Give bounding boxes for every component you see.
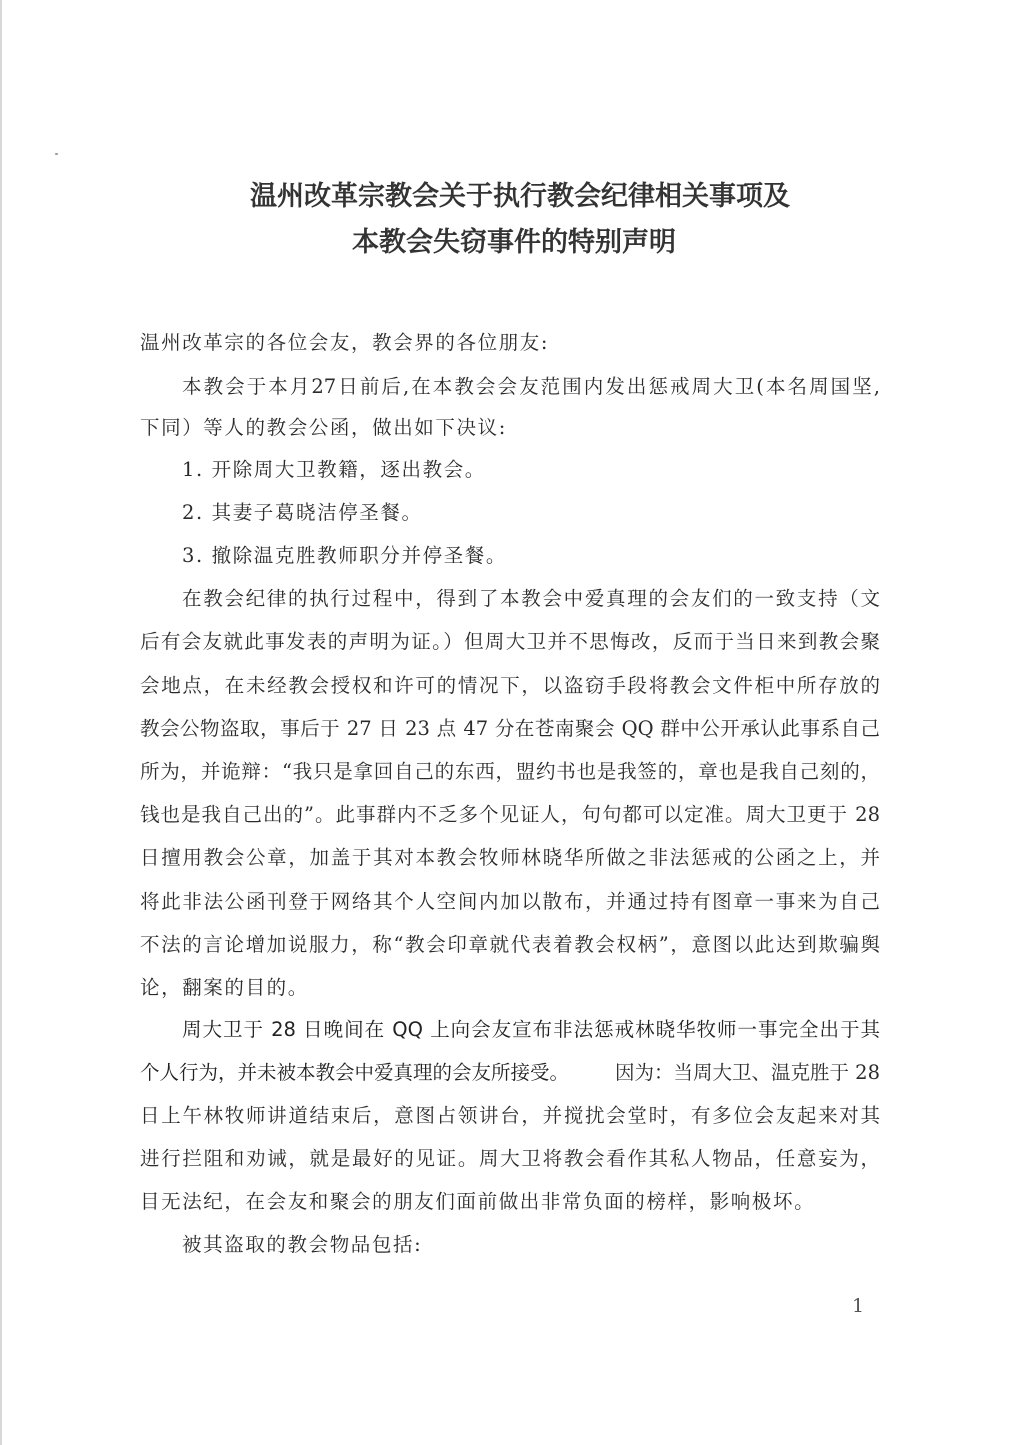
paragraph-2-line-1: 在教会纪律的执行过程中，得到了本教会中爱真理的会友们的一致支持（文 [182,589,880,609]
paragraph-2-line-10: 论，翻案的目的。 [140,978,880,998]
resolution-item-3: 3. 撤除温克胜教师职分并停圣餐。 [182,546,507,566]
salutation: 温州改革宗的各位会友，教会界的各位朋友: [140,333,880,353]
paragraph-3-emphasis-line-1: 周大卫于 28 日晚间在 QQ 上向会友宣布非法惩戒林晓华牧师一事完全出于其 [182,1020,880,1040]
document-title-line-1: 温州改革宗教会关于执行教会纪律相关事项及 [8,183,1024,210]
paragraph-3-line-3: 日上午林牧师讲道结束后，意图占领讲台，并搅扰会堂时，有多位会友起来对其 [140,1106,880,1126]
paragraph-3-line-4: 进行拦阻和劝诫，就是最好的见证。周大卫将教会看作其私人物品，任意妄为， [140,1149,880,1169]
paragraph-2-line-9: 不法的言论增加说服力，称“教会印章就代表着教会权柄”，意图以此达到欺骗舆 [140,935,880,955]
paragraph-2-line-6: 钱也是我自己出的”。此事群内不乏多个见证人，句句都可以定准。周大卫更于 28 [140,805,880,825]
resolution-item-1: 1. 开除周大卫教籍，逐出教会。 [182,460,486,480]
paragraph-2-line-5: 所为，并诡辩：“我只是拿回自己的东西，盟约书也是我签的，章也是我自己刻的， [140,762,880,782]
paragraph-3-line-2-rest: 因为：当周大卫、温克胜于 28 [615,1063,880,1083]
paragraph-2-line-7: 日擅用教会公章，加盖于其对本教会牧师林晓华所做之非法惩戒的公函之上，并 [140,848,880,868]
paragraph-3-line-5: 目无法纪，在会友和聚会的朋友们面前做出非常负面的榜样，影响极坏。 [140,1192,880,1212]
resolution-item-2: 2. 其妻子葛晓洁停圣餐。 [182,503,423,523]
paragraph-2-line-4: 教会公物盗取，事后于 27 日 23 点 47 分在苍南聚会 QQ 群中公开承认… [140,719,880,739]
paragraph-3-line-2: 个人行为，并未被本教会中爱真理的会友所接受。 因为：当周大卫、温克胜于 28 [140,1063,880,1083]
scan-speck [55,153,58,155]
paragraph-2-line-2: 后有会友就此事发表的声明为证。）但周大卫并不思悔改，反而于当日来到教会聚 [140,632,880,652]
paragraph-1-line-2: 下同）等人的教会公函，做出如下决议: [140,418,880,438]
document-title-line-2: 本教会失窃事件的特别声明 [2,229,1024,256]
paragraph-2-line-3: 会地点，在未经教会授权和许可的情况下，以盗窃手段将教会文件柜中所存放的 [140,676,880,696]
paragraph-1-line-1: 本教会于本月27日前后,在本教会会友范围内发出惩戒周大卫(本名周国坚, [182,377,880,397]
paragraph-2-line-8: 将此非法公函刊登于网络其个人空间内加以散布，并通过持有图章一事来为自己 [140,892,880,912]
paragraph-4: 被其盗取的教会物品包括: [182,1235,880,1255]
scan-edge [0,0,2,1445]
page-number: 1 [852,1297,864,1316]
paragraph-3-emphasis-line-2: 个人行为，并未被本教会中爱真理的会友所接受。 [140,1063,569,1083]
